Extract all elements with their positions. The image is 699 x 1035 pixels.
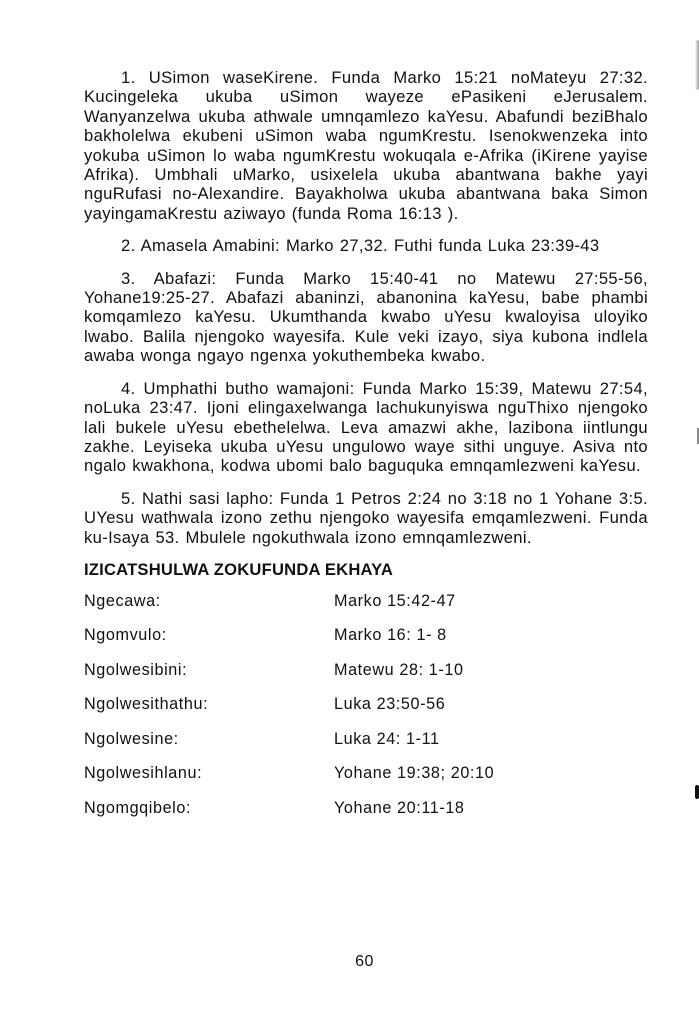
reading-list: Ngecawa: Marko 15:42-47 Ngomvulo: Marko … [84, 592, 648, 834]
reading-reference: Yohane 20:11-18 [334, 799, 648, 818]
page-number: 60 [0, 953, 699, 971]
paragraph-two-thieves: 2. Amasela Amabini: Marko 27,32. Futhi f… [84, 236, 648, 255]
reading-reference: Matewu 28: 1-10 [334, 661, 648, 680]
reading-row: Ngolwesine: Luka 24: 1-11 [84, 730, 648, 765]
reading-row: Ngolwesibini: Matewu 28: 1-10 [84, 661, 648, 696]
reading-reference: Marko 16: 1- 8 [334, 626, 648, 645]
reading-day: Ngolwesihlanu: [84, 764, 334, 783]
section-heading: IZICATSHULWA ZOKUFUNDA EKHAYA [84, 560, 648, 580]
reading-day: Ngomvulo: [84, 626, 334, 645]
reading-day: Ngecawa: [84, 592, 334, 611]
paragraph-simon: 1. USimon waseKirene. Funda Marko 15:21 … [84, 68, 648, 223]
reading-reference: Yohane 19:38; 20:10 [334, 764, 648, 783]
reading-row: Ngomvulo: Marko 16: 1- 8 [84, 626, 648, 661]
reading-day: Ngolwesithathu: [84, 695, 334, 714]
paragraph-women: 3. Abafazi: Funda Marko 15:40-41 no Mate… [84, 269, 648, 366]
reading-row: Ngolwesihlanu: Yohane 19:38; 20:10 [84, 764, 648, 799]
reading-row: Ngolwesithathu: Luka 23:50-56 [84, 695, 648, 730]
paragraph-centurion: 4. Umphathi butho wamajoni: Funda Marko … [84, 379, 648, 476]
reading-row: Ngecawa: Marko 15:42-47 [84, 592, 648, 627]
reading-day: Ngomgqibelo: [84, 799, 334, 818]
reading-reference: Marko 15:42-47 [334, 592, 648, 611]
reading-day: Ngolwesibini: [84, 661, 334, 680]
page-content: 1. USimon waseKirene. Funda Marko 15:21 … [84, 68, 648, 833]
reading-reference: Luka 24: 1-11 [334, 730, 648, 749]
reading-row: Ngomgqibelo: Yohane 20:11-18 [84, 799, 648, 834]
paragraph-we-were-there: 5. Nathi sasi lapho: Funda 1 Petros 2:24… [84, 489, 648, 547]
reading-day: Ngolwesine: [84, 730, 334, 749]
reading-reference: Luka 23:50-56 [334, 695, 648, 714]
page-edge-shadow [695, 40, 699, 90]
scan-mark [695, 785, 699, 799]
